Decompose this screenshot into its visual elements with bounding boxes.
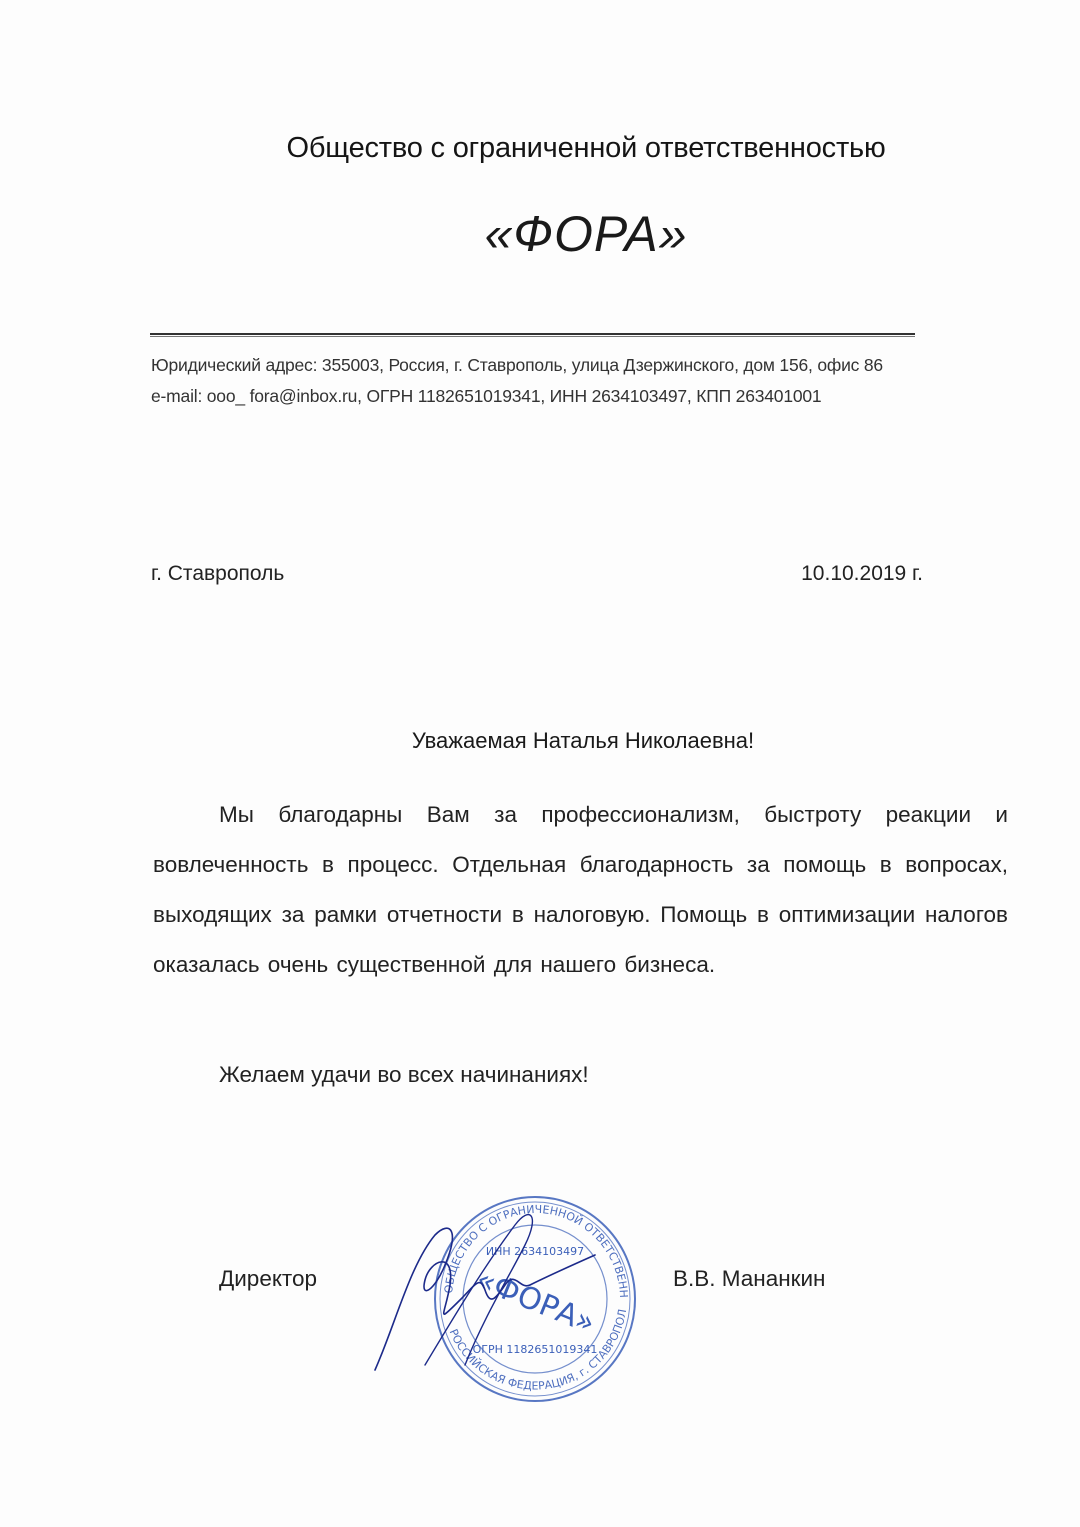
signer-name: В.В. Мананкин [673, 1266, 825, 1292]
letter-closing: Желаем удачи во всех начинаниях! [219, 1062, 589, 1088]
letter-page: Общество с ограниченной ответственностью… [0, 0, 1080, 1527]
signer-title: Директор [219, 1266, 317, 1292]
contact-details: e-mail: ooo_ fora@inbox.ru, ОГРН 1182651… [151, 381, 883, 412]
company-type: Общество с ограниченной ответственностью [0, 132, 1080, 165]
date: 10.10.2019 г. [801, 562, 923, 586]
city: г. Ставрополь [151, 562, 284, 586]
company-requisites: Юридический адрес: 355003, Россия, г. Ст… [151, 350, 883, 412]
salutation: Уважаемая Наталья Николаевна! [0, 728, 1080, 754]
legal-address: Юридический адрес: 355003, Россия, г. Ст… [151, 350, 883, 381]
handwritten-signature-icon [365, 1205, 615, 1375]
letter-body: Мы благодарны Вам за профессионализм, бы… [153, 790, 1008, 990]
letterhead-divider [150, 333, 915, 337]
place-date-row: г. Ставрополь 10.10.2019 г. [151, 562, 923, 586]
company-name: «ФОРА» [0, 205, 1080, 263]
